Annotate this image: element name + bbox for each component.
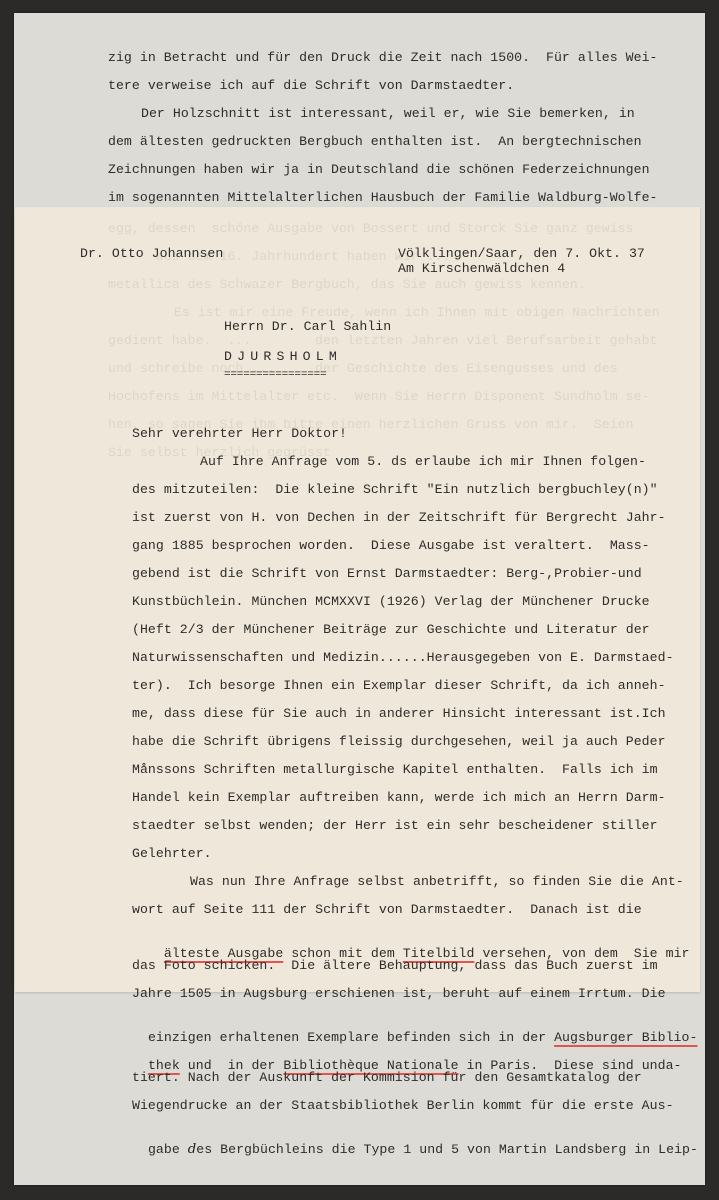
back-text-line: Zeichnungen haben wir ja in Deutschland … bbox=[108, 162, 650, 178]
recipient-city-underline: ================ bbox=[224, 367, 326, 383]
bleed-through-line: metallica des Schwazer Bergbuch, das Sie… bbox=[108, 277, 586, 293]
body-line: gang 1885 besprochen worden. Diese Ausga… bbox=[132, 538, 650, 554]
back-text-line: tere verweise ich auf die Schrift von Da… bbox=[108, 78, 514, 94]
text-span: gabe bbox=[148, 1142, 188, 1157]
body-line: gebend ist die Schrift von Ernst Darmsta… bbox=[132, 566, 642, 582]
bleed-through-line: Hochofens im Mittelalter etc. Wenn Sie H… bbox=[108, 389, 650, 405]
body-line: gabe des Bergbüchleins die Type 1 und 5 … bbox=[132, 1126, 698, 1158]
back-text-line: Der Holzschnitt ist interessant, weil er… bbox=[141, 106, 635, 122]
body-line: Handel kein Exemplar auftreiben kann, we… bbox=[132, 790, 666, 806]
body-line: Kunstbüchlein. München MCMXXVI (1926) Ve… bbox=[132, 594, 650, 610]
recipient-city: DJURSHOLM bbox=[224, 349, 342, 365]
body-line: staedter selbst wenden; der Herr ist ein… bbox=[132, 818, 658, 834]
place-date: Völklingen/Saar, den 7. Okt. 37 bbox=[398, 246, 645, 262]
body-line: Gelehrter. bbox=[132, 846, 212, 862]
body-line: Auf Ihre Anfrage vom 5. ds erlaube ich m… bbox=[200, 454, 646, 470]
body-line: wort auf Seite 111 der Schrift von Darms… bbox=[132, 902, 642, 918]
sender-name: Dr. Otto Johannsen bbox=[80, 246, 223, 262]
body-line: (Heft 2/3 der Münchener Beiträge zur Ges… bbox=[132, 622, 650, 638]
body-line: Wiegendrucke an der Staatsbibliothek Ber… bbox=[132, 1098, 674, 1114]
bleed-through-line: egg, dessen schöne Ausgabe von Bossert u… bbox=[108, 221, 634, 237]
bleed-through-line: Es ist mir eine Freude, wenn ich Ihnen m… bbox=[142, 305, 660, 321]
body-line: Månssons Schriften metallurgische Kapite… bbox=[132, 762, 658, 778]
text-span: es Bergbüchleins die Type 1 und 5 von Ma… bbox=[196, 1142, 698, 1157]
body-line: me, dass diese für Sie auch in anderer H… bbox=[132, 706, 666, 722]
body-line: Jahre 1505 in Augsburg erschienen ist, b… bbox=[132, 986, 666, 1002]
handwritten-correction: d bbox=[188, 1142, 197, 1157]
body-line: des mitzuteilen: Die kleine Schrift "Ein… bbox=[132, 482, 658, 498]
bleed-through-line: und schreibe noch ... der Geschichte des… bbox=[108, 361, 618, 377]
back-text-line: zig in Betracht und für den Druck die Ze… bbox=[108, 50, 658, 66]
back-text-line: dem ältesten gedruckten Bergbuch enthalt… bbox=[108, 134, 642, 150]
back-text-line: im sogenannten Mittelalterlichen Hausbuc… bbox=[108, 190, 658, 206]
body-line: das Foto schicken. Die ältere Behauptung… bbox=[132, 958, 658, 974]
salutation: Sehr verehrter Herr Doktor! bbox=[132, 426, 347, 442]
sender-address: Am Kirschenwäldchen 4 bbox=[398, 261, 565, 277]
body-line: ist zuerst von H. von Dechen in der Zeit… bbox=[132, 510, 666, 526]
bleed-through-line: gedient habe. ... den letzten Jahren vie… bbox=[108, 333, 658, 349]
body-line: Naturwissenschaften und Medizin......Her… bbox=[132, 650, 674, 666]
body-line: Was nun Ihre Anfrage selbst anbetrifft, … bbox=[190, 874, 684, 890]
recipient-name: Herrn Dr. Carl Sahlin bbox=[224, 319, 391, 335]
body-line: tiert. Nach der Auskunft der Kommision f… bbox=[132, 1070, 642, 1086]
front-letter-page: egg, dessen schöne Ausgabe von Bossert u… bbox=[15, 207, 700, 992]
body-line: ter). Ich besorge Ihnen ein Exemplar die… bbox=[132, 678, 666, 694]
body-line: habe die Schrift übrigens fleissig durch… bbox=[132, 734, 666, 750]
